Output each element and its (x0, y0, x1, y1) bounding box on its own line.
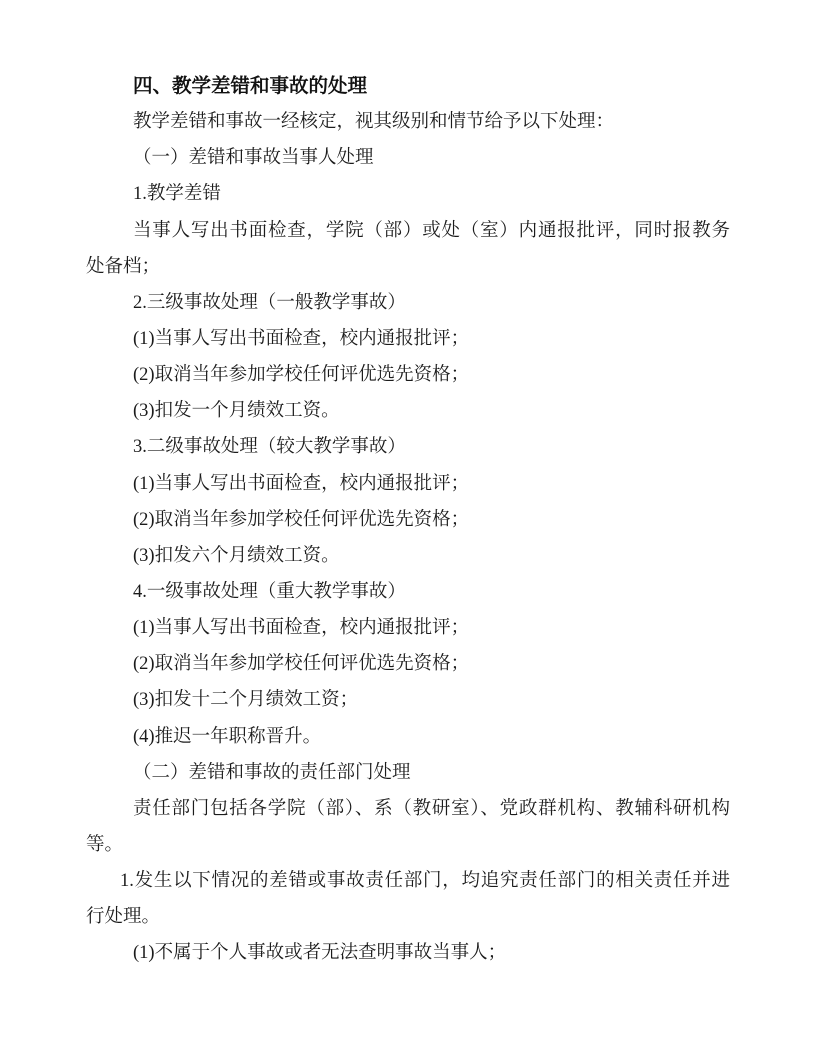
doc-line-continuation: 处备档； (86, 249, 730, 285)
doc-line-item-1: 1.教学差错 (86, 176, 730, 212)
doc-line: (1)当事人写出书面检查，校内通报批评； (86, 466, 730, 502)
doc-line: 1.发生以下情况的差错或事故责任部门，均追究责任部门的相关责任并进 (86, 863, 730, 899)
doc-line-subsection-1: （一）差错和事故当事人处理 (86, 140, 730, 176)
doc-line: (3)扣发十二个月绩效工资； (86, 682, 730, 718)
doc-line-item-2: 2.三级事故处理（一般教学事故） (86, 285, 730, 321)
doc-line: (3)扣发六个月绩效工资。 (86, 538, 730, 574)
doc-line: (4)推迟一年职称晋升。 (86, 719, 730, 755)
section-heading: 四、教学差错和事故的处理 (86, 68, 730, 104)
doc-line: (2)取消当年参加学校任何评优选先资格； (86, 357, 730, 393)
doc-line: (1)当事人写出书面检查，校内通报批评； (86, 610, 730, 646)
doc-line: (1)当事人写出书面检查，校内通报批评； (86, 321, 730, 357)
doc-line: (2)取消当年参加学校任何评优选先资格； (86, 646, 730, 682)
doc-line-item-4: 4.一级事故处理（重大教学事故） (86, 574, 730, 610)
doc-line: 责任部门包括各学院（部）、系（教研室）、党政群机构、教辅科研机构 (86, 791, 730, 827)
doc-line: (2)取消当年参加学校任何评优选先资格； (86, 502, 730, 538)
doc-line-subsection-2: （二）差错和事故的责任部门处理 (86, 755, 730, 791)
document-body: 四、教学差错和事故的处理 教学差错和事故一经核定，视其级别和情节给予以下处理： … (86, 68, 730, 972)
doc-line: 当事人写出书面检查，学院（部）或处（室）内通报批评，同时报教务 (86, 213, 730, 249)
doc-line: (1)不属于个人事故或者无法查明事故当事人； (86, 935, 730, 971)
document-page: 四、教学差错和事故的处理 教学差错和事故一经核定，视其级别和情节给予以下处理： … (0, 0, 816, 1056)
doc-line-item-3: 3.二级事故处理（较大教学事故） (86, 429, 730, 465)
doc-line-continuation: 行处理。 (86, 899, 730, 935)
doc-line-continuation: 等。 (86, 827, 730, 863)
doc-line: (3)扣发一个月绩效工资。 (86, 393, 730, 429)
doc-line-intro: 教学差错和事故一经核定，视其级别和情节给予以下处理： (86, 104, 730, 140)
